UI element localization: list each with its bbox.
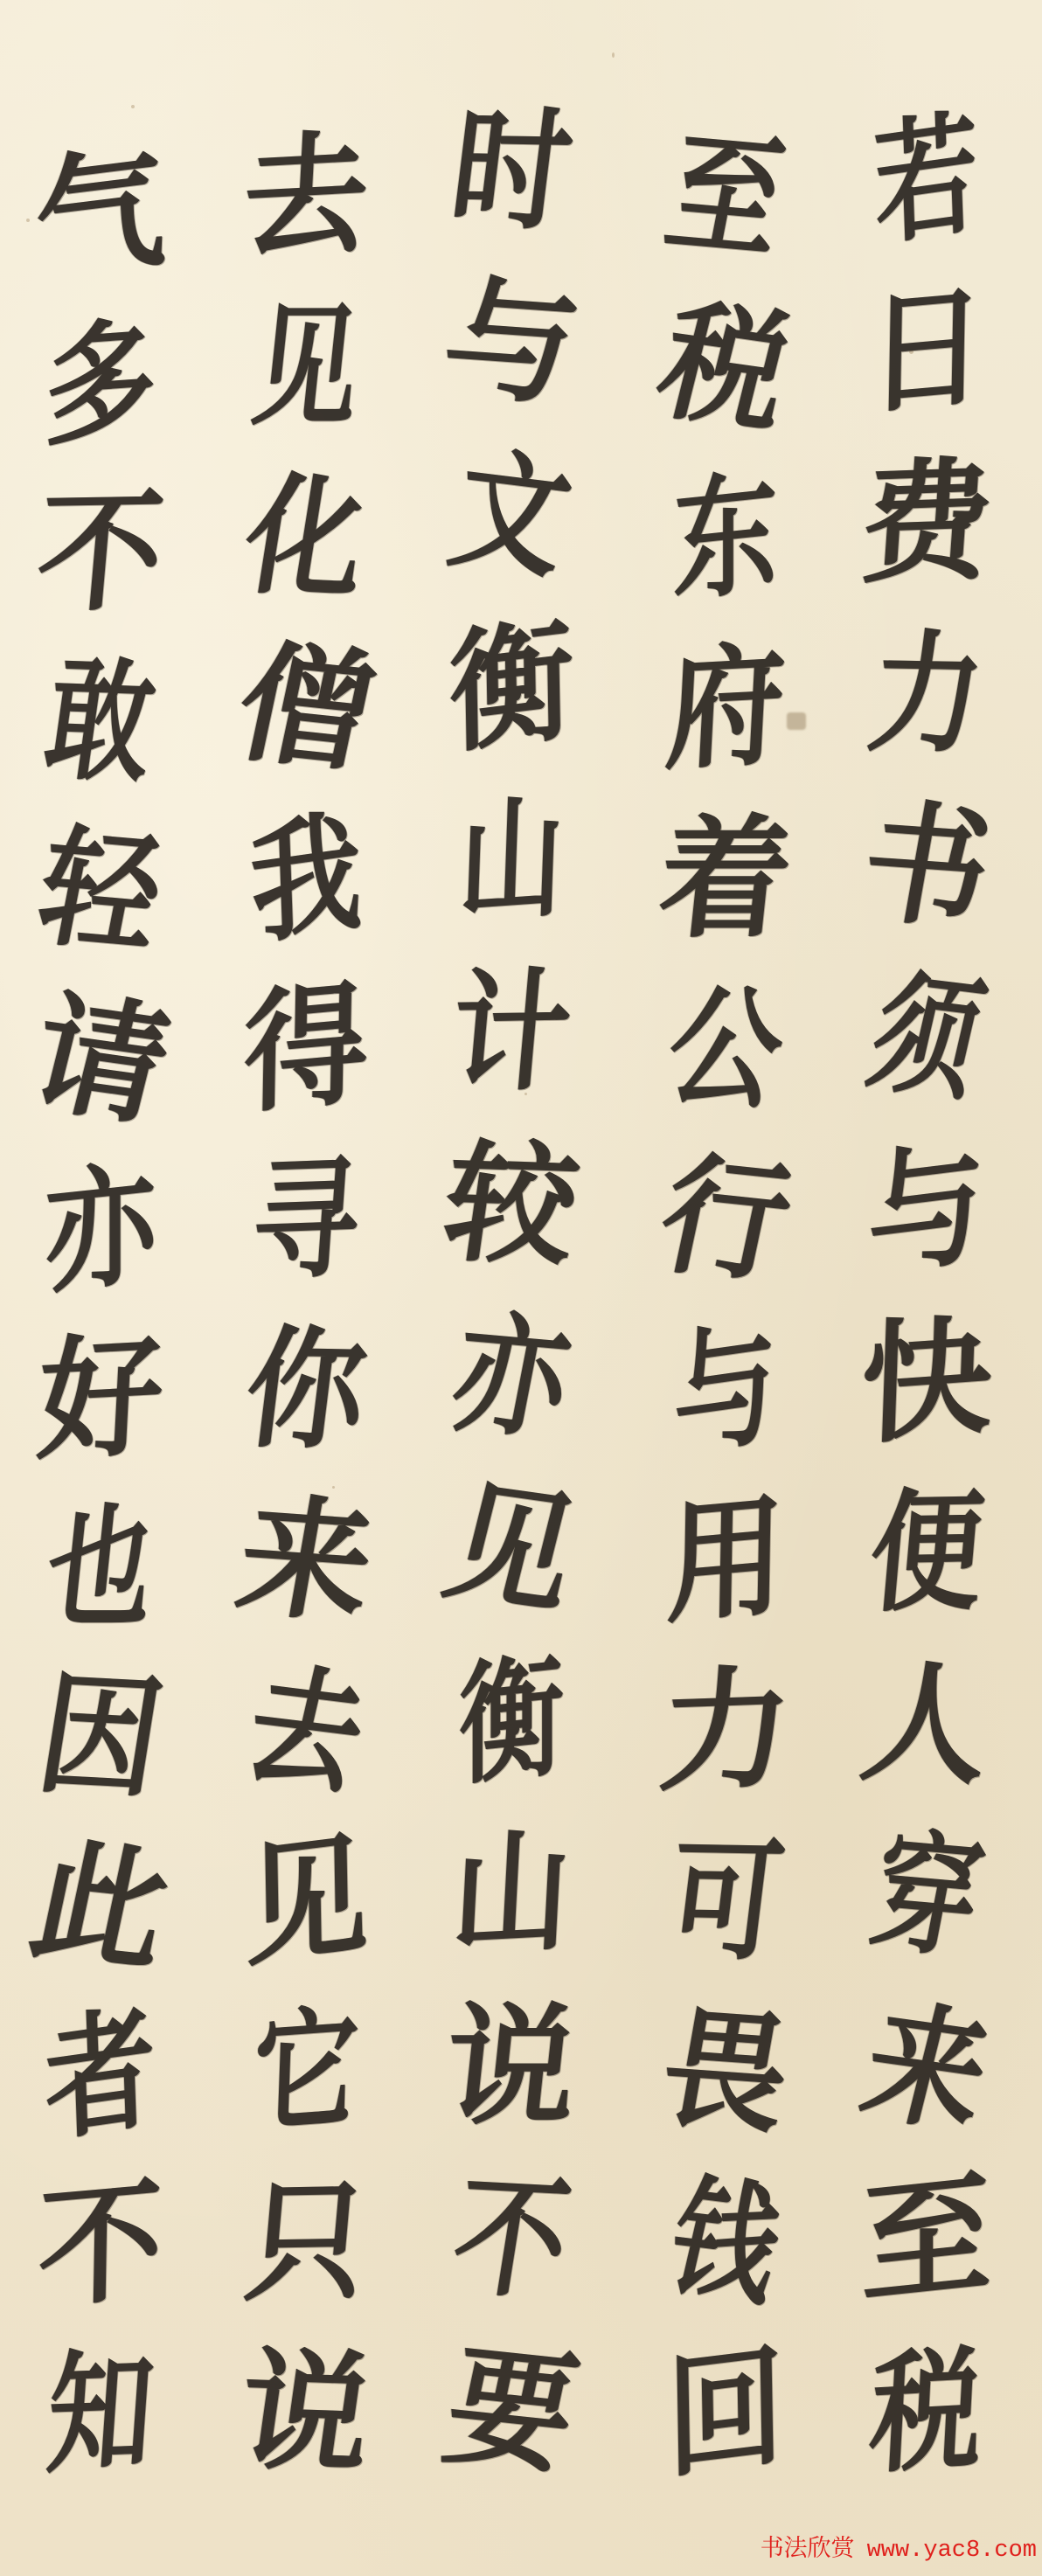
calligraphy-character: 化 bbox=[227, 461, 385, 615]
calligraphy-character: 可 bbox=[653, 1826, 797, 1976]
calligraphy-character: 亦 bbox=[38, 1148, 163, 1310]
calligraphy-character: 僧 bbox=[217, 628, 396, 789]
calligraphy-character: 寻 bbox=[241, 1142, 371, 1295]
calligraphy-character: 好 bbox=[26, 1320, 175, 1476]
calligraphy-character: 税 bbox=[859, 2333, 993, 2489]
calligraphy-character: 若 bbox=[865, 96, 989, 262]
calligraphy-character: 与 bbox=[424, 264, 598, 421]
site-watermark: 书法欣赏www.yac8.com bbox=[761, 2529, 1037, 2564]
calligraphy-character: 山 bbox=[449, 781, 573, 938]
calligraphy-character: 我 bbox=[240, 795, 371, 962]
calligraphy-character: 来 bbox=[843, 1986, 1011, 2149]
calligraphy-character: 不 bbox=[436, 2162, 586, 2316]
calligraphy-character: 用 bbox=[657, 1480, 793, 1641]
calligraphy-character: 此 bbox=[11, 1825, 191, 1987]
calligraphy-character: 说 bbox=[429, 1992, 594, 2141]
calligraphy-character: 钱 bbox=[650, 2162, 801, 2322]
calligraphy-character: 来 bbox=[219, 1482, 392, 1639]
calligraphy-character: 轻 bbox=[19, 812, 181, 970]
calligraphy-character: 行 bbox=[640, 1139, 811, 1300]
watermark-label: 书法欣赏 bbox=[761, 2535, 855, 2562]
calligraphy-column-5: 气多不敢轻请亦好也因此者不知 bbox=[26, 0, 175, 2576]
calligraphy-character: 力 bbox=[854, 619, 998, 769]
calligraphy-character: 请 bbox=[9, 977, 192, 1143]
calligraphy-character: 文 bbox=[432, 434, 591, 595]
calligraphy-character: 也 bbox=[33, 1494, 168, 1642]
calligraphy-character: 日 bbox=[858, 270, 994, 431]
calligraphy-character: 亦 bbox=[434, 1298, 589, 1455]
calligraphy-character: 见 bbox=[234, 1818, 377, 1985]
calligraphy-character: 便 bbox=[857, 1477, 996, 1628]
calligraphy-character: 着 bbox=[643, 804, 808, 953]
calligraphy-character: 敢 bbox=[31, 646, 170, 798]
calligraphy-character: 东 bbox=[666, 456, 784, 618]
calligraphy-character: 书 bbox=[844, 788, 1011, 945]
calligraphy-character: 多 bbox=[35, 304, 166, 462]
calligraphy-column-3: 时与文衡山计较亦见衡山说不要 bbox=[437, 0, 586, 2576]
calligraphy-character: 力 bbox=[646, 1654, 805, 1808]
calligraphy-character: 去 bbox=[232, 118, 380, 274]
calligraphy-character: 不 bbox=[24, 477, 177, 628]
calligraphy-character: 衡 bbox=[452, 1641, 570, 1802]
calligraphy-character: 你 bbox=[230, 1315, 382, 1465]
calligraphy-character: 须 bbox=[851, 958, 1002, 1118]
calligraphy-character: 费 bbox=[847, 446, 1006, 600]
paper-speck bbox=[612, 52, 615, 58]
calligraphy-character: 只 bbox=[233, 2167, 379, 2318]
calligraphy-character: 与 bbox=[664, 1307, 788, 1473]
calligraphy-column-2: 至税东府着公行与用力可畏钱回 bbox=[651, 0, 800, 2576]
calligraphy-character: 快 bbox=[850, 1302, 1004, 1462]
calligraphy-character: 见 bbox=[423, 1467, 599, 1631]
calligraphy-character: 畏 bbox=[643, 1993, 809, 2150]
watermark-url: www.yac8.com bbox=[867, 2538, 1037, 2564]
calligraphy-character: 去 bbox=[226, 1650, 386, 1811]
calligraphy-character: 穿 bbox=[853, 1817, 1000, 1975]
calligraphy-character: 时 bbox=[435, 95, 587, 246]
calligraphy-character: 税 bbox=[637, 285, 813, 449]
calligraphy-character: 见 bbox=[239, 293, 373, 441]
calligraphy-character: 公 bbox=[650, 972, 800, 1126]
calligraphy-character: 至 bbox=[852, 2157, 1000, 2323]
calligraphy-scroll: 若日费力书须与快便人穿来至税 至税东府着公行与用力可畏钱回 时与文衡山计较亦见衡… bbox=[0, 0, 1042, 2576]
calligraphy-character: 较 bbox=[427, 1128, 596, 1281]
calligraphy-character: 气 bbox=[25, 130, 176, 298]
calligraphy-character: 回 bbox=[658, 2330, 794, 2496]
calligraphy-character: 不 bbox=[29, 2163, 172, 2325]
calligraphy-character: 衡 bbox=[440, 604, 582, 771]
calligraphy-character: 至 bbox=[649, 118, 803, 275]
calligraphy-character: 得 bbox=[234, 969, 378, 1130]
calligraphy-character: 计 bbox=[438, 956, 585, 1107]
calligraphy-character: 因 bbox=[22, 1660, 179, 1815]
calligraphy-character: 者 bbox=[35, 1992, 165, 2159]
calligraphy-character: 府 bbox=[655, 630, 796, 787]
calligraphy-character: 说 bbox=[221, 2336, 391, 2489]
calligraphy-character: 山 bbox=[441, 1816, 582, 1972]
calligraphy-column-1: 若日费力书须与快便人穿来至税 bbox=[852, 0, 1001, 2576]
calligraphy-character: 与 bbox=[859, 1127, 995, 1293]
calligraphy-character: 人 bbox=[845, 1648, 1007, 1801]
calligraphy-character: 要 bbox=[426, 2330, 597, 2491]
calligraphy-column-4: 去见化僧我得寻你来去见它只说 bbox=[232, 0, 380, 2576]
calligraphy-character: 它 bbox=[244, 1993, 368, 2150]
calligraphy-character: 知 bbox=[36, 2337, 165, 2490]
